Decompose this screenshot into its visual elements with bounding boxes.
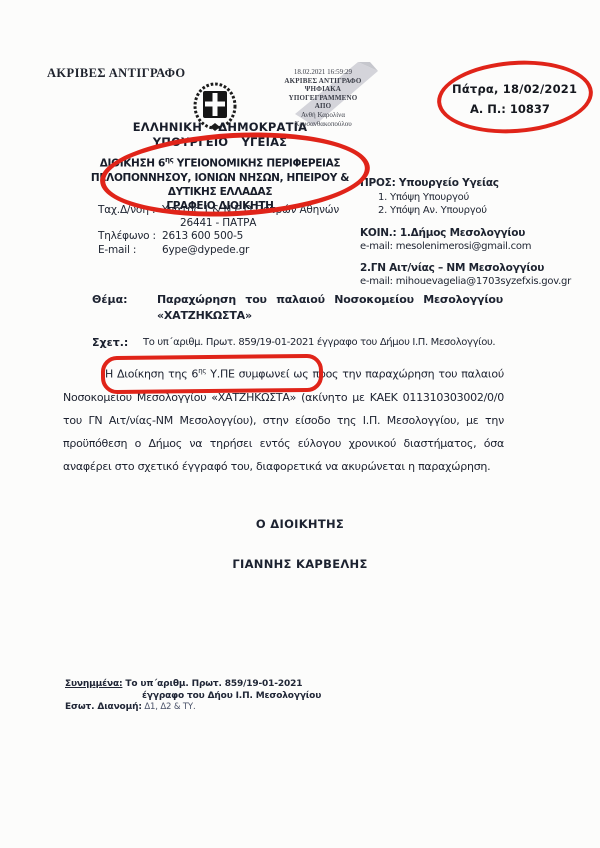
certified-copy-label: ΑΚΡΙΒΕΣ ΑΝΤΙΓΡΑΦΟ bbox=[47, 66, 186, 81]
red-circle-annotation-protocol bbox=[435, 56, 596, 139]
to-line: ΠΡΟΣ: Υπουργείο Υγείας bbox=[360, 177, 598, 191]
phone-value: 2613 600 500-5 bbox=[162, 230, 243, 243]
document-page: ΑΚΡΙΒΕΣ ΑΝΤΙΓΡΑΦΟ 18.02.2021 16:59:29 ΑΚ… bbox=[0, 0, 600, 848]
phone-label: Τηλέφωνο : bbox=[98, 230, 162, 243]
address-row2: 26441 - ΠΑΤΡΑ bbox=[98, 217, 339, 230]
email-label: E-mail : bbox=[98, 244, 162, 257]
address-label-spacer bbox=[98, 217, 162, 230]
attachments-line2: έγγραφο του Δήου Ι.Π. Μεσολογγίου bbox=[65, 691, 321, 703]
distribution-value: Δ1, Δ2 & ΤΥ. bbox=[142, 702, 196, 712]
stamp-signer-first: Ανθή Καρολίνα bbox=[264, 111, 382, 120]
attachments-line1: Συνημμένα: Το υπ΄αριθμ. Πρωτ. 859/19-01-… bbox=[65, 679, 321, 691]
recipients-block: ΠΡΟΣ: Υπουργείο Υγείας 1. Υπόψη Υπουργού… bbox=[360, 177, 598, 289]
distribution-line: Εσωτ. Διανομή: Δ1, Δ2 & ΤΥ. bbox=[65, 702, 321, 714]
footer-block: Συνημμένα: Το υπ΄αριθμ. Πρωτ. 859/19-01-… bbox=[65, 679, 321, 714]
cc2-email: e-mail: mihouevagelia@1703syzefxis.gov.g… bbox=[360, 275, 598, 289]
related-value: Το υπ΄αριθμ. Πρωτ. 859/19-01-2021 έγγραφ… bbox=[143, 337, 495, 348]
spacer bbox=[360, 254, 598, 262]
cc-email: e-mail: mesolenimerosi@gmail.com bbox=[360, 240, 598, 254]
distribution-label: Εσωτ. Διανομή: bbox=[65, 702, 142, 712]
signature-name: ΓΙΑΝΝΗΣ ΚΑΡΒΕΛΗΣ bbox=[150, 557, 450, 571]
subject-label: Θέμα: bbox=[92, 293, 128, 306]
signature-title: Ο ΔΙΟΙΚΗΤΗΣ bbox=[150, 517, 450, 531]
subject-line1: Παραχώρηση του παλαιού Νοσοκομείου Μεσολ… bbox=[157, 293, 503, 306]
attachments-value: Το υπ΄αριθμ. Πρωτ. 859/19-01-2021 bbox=[122, 679, 302, 689]
red-box-annotation-body bbox=[101, 354, 323, 394]
cc2-line: 2.ΓΝ Αιτ/νίας – ΝΜ Μεσολογγίου bbox=[360, 262, 598, 276]
to-item-1: 1. Υπόψη Υπουργού bbox=[360, 191, 598, 205]
cc-line: ΚΟΙΝ.: 1.Δήμος Μεσολογγίου bbox=[360, 227, 598, 241]
stamp-datetime: 18.02.2021 16:59:29 bbox=[264, 68, 382, 77]
digital-signature-stamp: 18.02.2021 16:59:29 ΑΚΡΙΒΕΣ ΑΝΤΙΓΡΑΦΟ ΨΗ… bbox=[264, 68, 382, 128]
stamp-certified-text: ΑΚΡΙΒΕΣ ΑΝΤΙΓΡΑΦΟ bbox=[264, 77, 382, 86]
to-item-2: 2. Υπόψη Αν. Υπουργού bbox=[360, 204, 598, 218]
attachments-label: Συνημμένα: bbox=[65, 679, 122, 689]
related-label: Σχετ.: bbox=[92, 336, 128, 349]
subject-line2: «ΧΑΤΖΗΚΩΣΤΑ» bbox=[157, 309, 252, 322]
stamp-signed-text: ΨΗΦΙΑΚΑ ΥΠΟΓΕΓΡΑΜΜΕΝΟ ΑΠΟ bbox=[281, 85, 365, 111]
stamp-signer-last: Χρυσανθακοπούλου bbox=[264, 120, 382, 129]
phone-row: Τηλέφωνο : 2613 600 500-5 bbox=[98, 230, 339, 243]
email-value: 6ype@dypede.gr bbox=[162, 244, 249, 257]
email-row: E-mail : 6ype@dypede.gr bbox=[98, 244, 339, 257]
postal-code-value: 26441 - ΠΑΤΡΑ bbox=[162, 217, 256, 230]
spacer bbox=[360, 218, 598, 227]
